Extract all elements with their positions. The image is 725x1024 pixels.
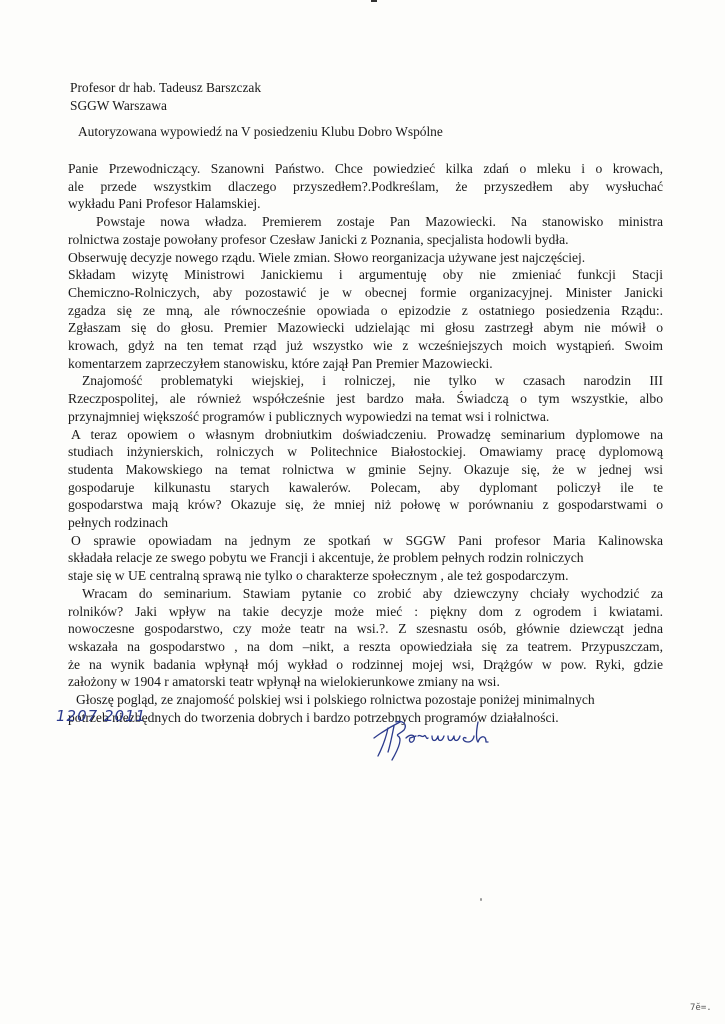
body-line: gospodaruje kilkunastu starych kawalerów… [68,479,663,497]
body-line: A teraz opowiem o własnym drobniutkim do… [68,426,663,444]
body-line: Rzeczpospolitej, ale również współcześni… [68,390,663,408]
handwritten-date: 1207 2011 [56,707,146,725]
page-mark: 7ĕ=. [690,1003,712,1013]
body-line: Obserwuję decyzje nowego rządu. Wiele zm… [68,249,663,267]
body-line: gospodarstwa mają krów? Okazuje się, że … [68,496,663,514]
body-line: staje się w UE centralną sprawą nie tylk… [68,567,663,585]
document-body: Panie Przewodniczący. Szanowni Państwo. … [68,160,663,727]
body-line: Znajomość problematyki wiejskiej, i roln… [68,372,663,390]
sender-institution: SGGW Warszawa [70,97,261,115]
body-line: studiach inżynierskich, rolniczych w Pol… [68,443,663,461]
sender-block: Profesor dr hab. Tadeusz Barszczak SGGW … [70,79,261,115]
body-line: O sprawie opowiadam na jednym ze spotkań… [68,532,663,550]
body-line: zgadza się ze mną, ale równocześnie opow… [68,302,663,320]
body-line: rolników? Jaki wpływ na takie decyzje mo… [68,603,663,621]
body-line: że na wynik badania wpłynął mój wykład o… [68,656,663,674]
body-line: nowoczesne gospodarstwo, czy może teatr … [68,620,663,638]
signature-icon [370,712,520,767]
document-title: Autoryzowana wypowiedź na V posiedzeniu … [78,124,443,140]
scan-mark [371,0,377,2]
body-line: przynajmniej większość programów i publi… [68,408,663,426]
body-line: pełnych rodzinach [68,514,663,532]
body-line: Powstaje nowa władza. Premierem zostaje … [68,213,663,231]
body-line: potrzeb niezbędnych do tworzenia dobrych… [68,709,663,727]
body-line: wskazała na gospodarstwo , na dom –nikt,… [68,638,663,656]
body-line: Panie Przewodniczący. Szanowni Państwo. … [68,160,663,178]
body-line: wykładu Pani Profesor Halamskiej. [68,195,663,213]
body-line: Chemiczno-Rolniczych, aby pozostawić je … [68,284,663,302]
body-line: składała relacje ze swego pobytu we Fran… [68,549,663,567]
scan-speck [480,898,482,901]
document-page: Profesor dr hab. Tadeusz Barszczak SGGW … [0,0,725,1024]
body-line: założony w 1904 r amatorski teatr wpłyną… [68,673,663,691]
body-line: ale przede wszystkim dlaczego przyszedłe… [68,178,663,196]
body-line: Zgłaszam się do głosu. Premier Mazowieck… [68,319,663,337]
body-line: rolnictwa zostaje powołany profesor Czes… [68,231,663,249]
body-line: komentarzem zaprzeczyłem stanowisku, któ… [68,355,663,373]
body-line: studenta Makowskiego na temat rolnictwa … [68,461,663,479]
sender-name: Profesor dr hab. Tadeusz Barszczak [70,79,261,97]
body-line: Głoszę pogląd, ze znajomość polskiej wsi… [68,691,663,709]
body-line: Składam wizytę Ministrowi Janickiemu i a… [68,266,663,284]
body-line: krowach, gdyż na ten temat rząd już wszy… [68,337,663,355]
body-line: Wracam do seminarium. Stawiam pytanie co… [68,585,663,603]
